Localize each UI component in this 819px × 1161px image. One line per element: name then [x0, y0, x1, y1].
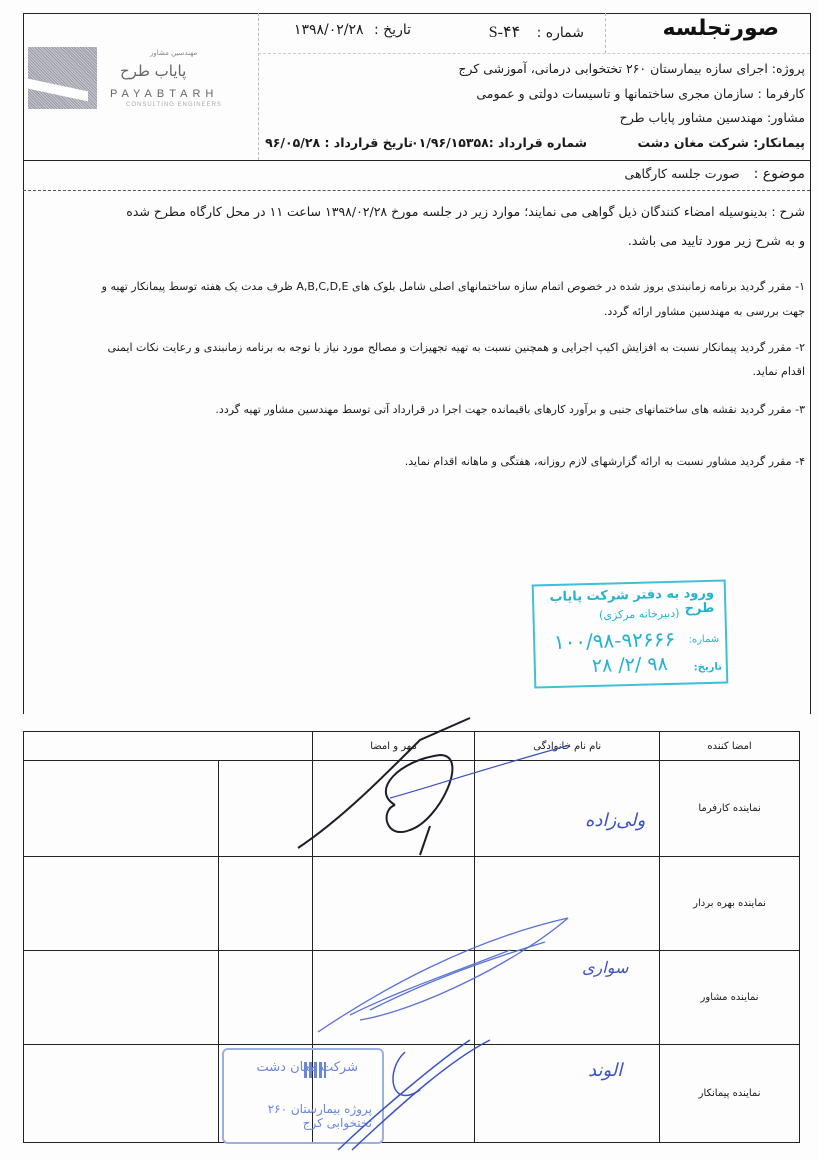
employer-signature-stroke-icon: [298, 718, 470, 848]
signature-scribbles: [0, 0, 819, 1161]
